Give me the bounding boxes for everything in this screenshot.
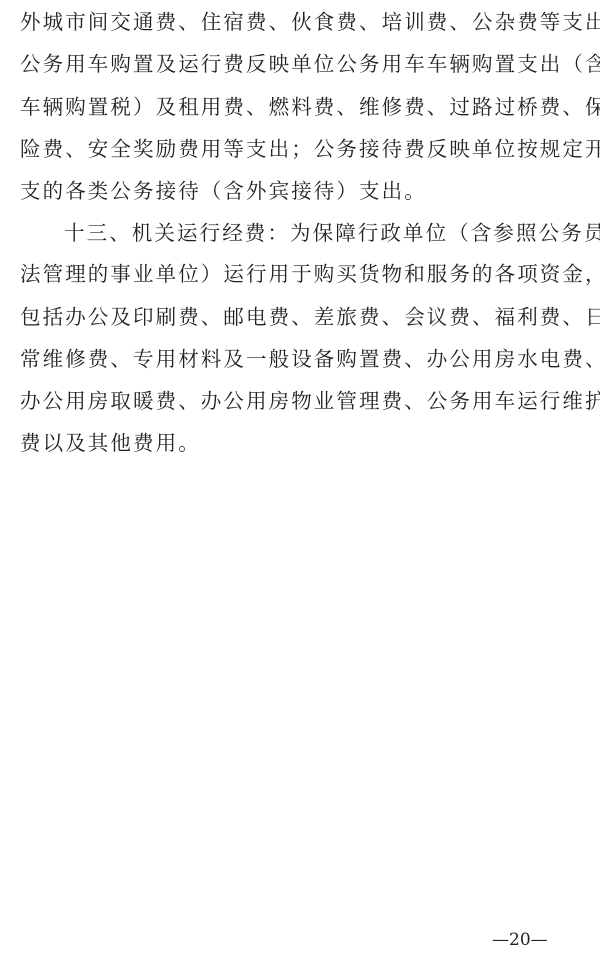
paragraph-line: 法管理的事业单位）运行用于购买货物和服务的各项资金， <box>20 261 590 287</box>
paragraph-line: 公务用车购置及运行费反映单位公务用车车辆购置支出（含 <box>20 51 590 77</box>
page-number: —20— <box>492 930 548 950</box>
paragraph-line: 外城市间交通费、住宿费、伙食费、培训费、公杂费等支出； <box>20 9 590 35</box>
paragraph-line: 车辆购置税）及租用费、燃料费、维修费、过路过桥费、保 <box>20 94 590 120</box>
section-heading-line: 十三、机关运行经费：为保障行政单位（含参照公务员 <box>64 220 600 246</box>
paragraph-line: 费以及其他费用。 <box>20 430 590 456</box>
paragraph-line: 险费、安全奖励费用等支出；公务接待费反映单位按规定开 <box>20 136 590 162</box>
document-page: 外城市间交通费、住宿费、伙食费、培训费、公杂费等支出； 公务用车购置及运行费反映… <box>0 0 600 978</box>
paragraph-line: 办公用房取暖费、办公用房物业管理费、公务用车运行维护 <box>20 388 590 414</box>
paragraph-line: 支的各类公务接待（含外宾接待）支出。 <box>20 178 590 204</box>
paragraph-line: 常维修费、专用材料及一般设备购置费、办公用房水电费、 <box>20 346 590 372</box>
paragraph-line: 包括办公及印刷费、邮电费、差旅费、会议费、福利费、日 <box>20 304 590 330</box>
